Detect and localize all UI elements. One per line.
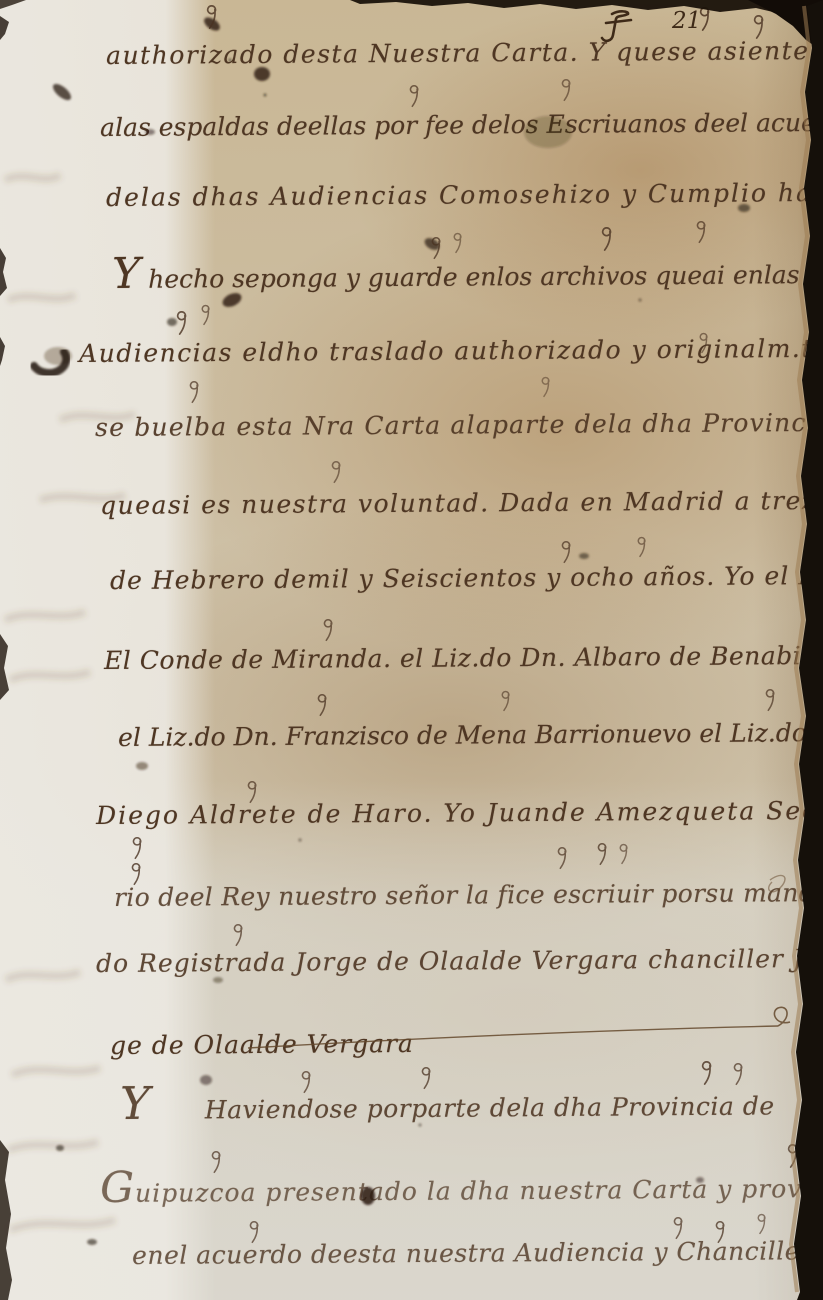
manuscript-line-2: alas espaldas deellas por fee delos Escr… — [100, 107, 823, 144]
manuscript-line-11: Diego Aldrete de Haro. Yo Juande Amezque… — [96, 795, 823, 832]
manuscript-line-10: el Liz.do Dn. Franzisco de Mena Barrionu… — [118, 717, 823, 753]
manuscript-line-4: Y hecho seponga y guarde enlos archivos … — [112, 253, 823, 296]
manuscript-line-9: El Conde de Miranda. el Liz.do Dn. Albar… — [104, 640, 823, 676]
manuscript-line-17: enel acuerdo deesta nuestra Audiencia y … — [132, 1235, 823, 1271]
manuscript-line-16: Guipuzcoa presentado la dha nuestra Cart… — [100, 1167, 823, 1210]
manuscript-line-13: do Registrada Jorge de Olaalde Vergara c… — [96, 943, 823, 979]
manuscript-line-3: delas dhas Audiencias Comosehizo y Cumpl… — [106, 177, 823, 213]
manuscript-line-6: se buelba esta Nra Carta alaparte dela d… — [95, 407, 823, 443]
manuscript-line-12: rio deel Rey nuestro señor la fice escri… — [114, 877, 823, 913]
manuscript-line-14: ge de Olaalde Vergara — [110, 1028, 414, 1061]
manuscript-scan-page: authorizado desta Nuestra Carta. Y quese… — [0, 0, 823, 1300]
manuscript-line-8: de Hebrero demil y Seiscientos y ocho añ… — [110, 560, 823, 596]
manuscript-line-5: Audiencias eldho traslado authorizado y … — [79, 333, 823, 369]
page-number: 21 — [672, 8, 701, 34]
manuscript-line-7: queasi es nuestra voluntad. Dada en Madr… — [100, 485, 817, 521]
manuscript-line-1: authorizado desta Nuestra Carta. Y quese… — [106, 35, 810, 71]
manuscript-line-15: Y Haviendose porparte dela dha Provincia… — [120, 1081, 775, 1126]
